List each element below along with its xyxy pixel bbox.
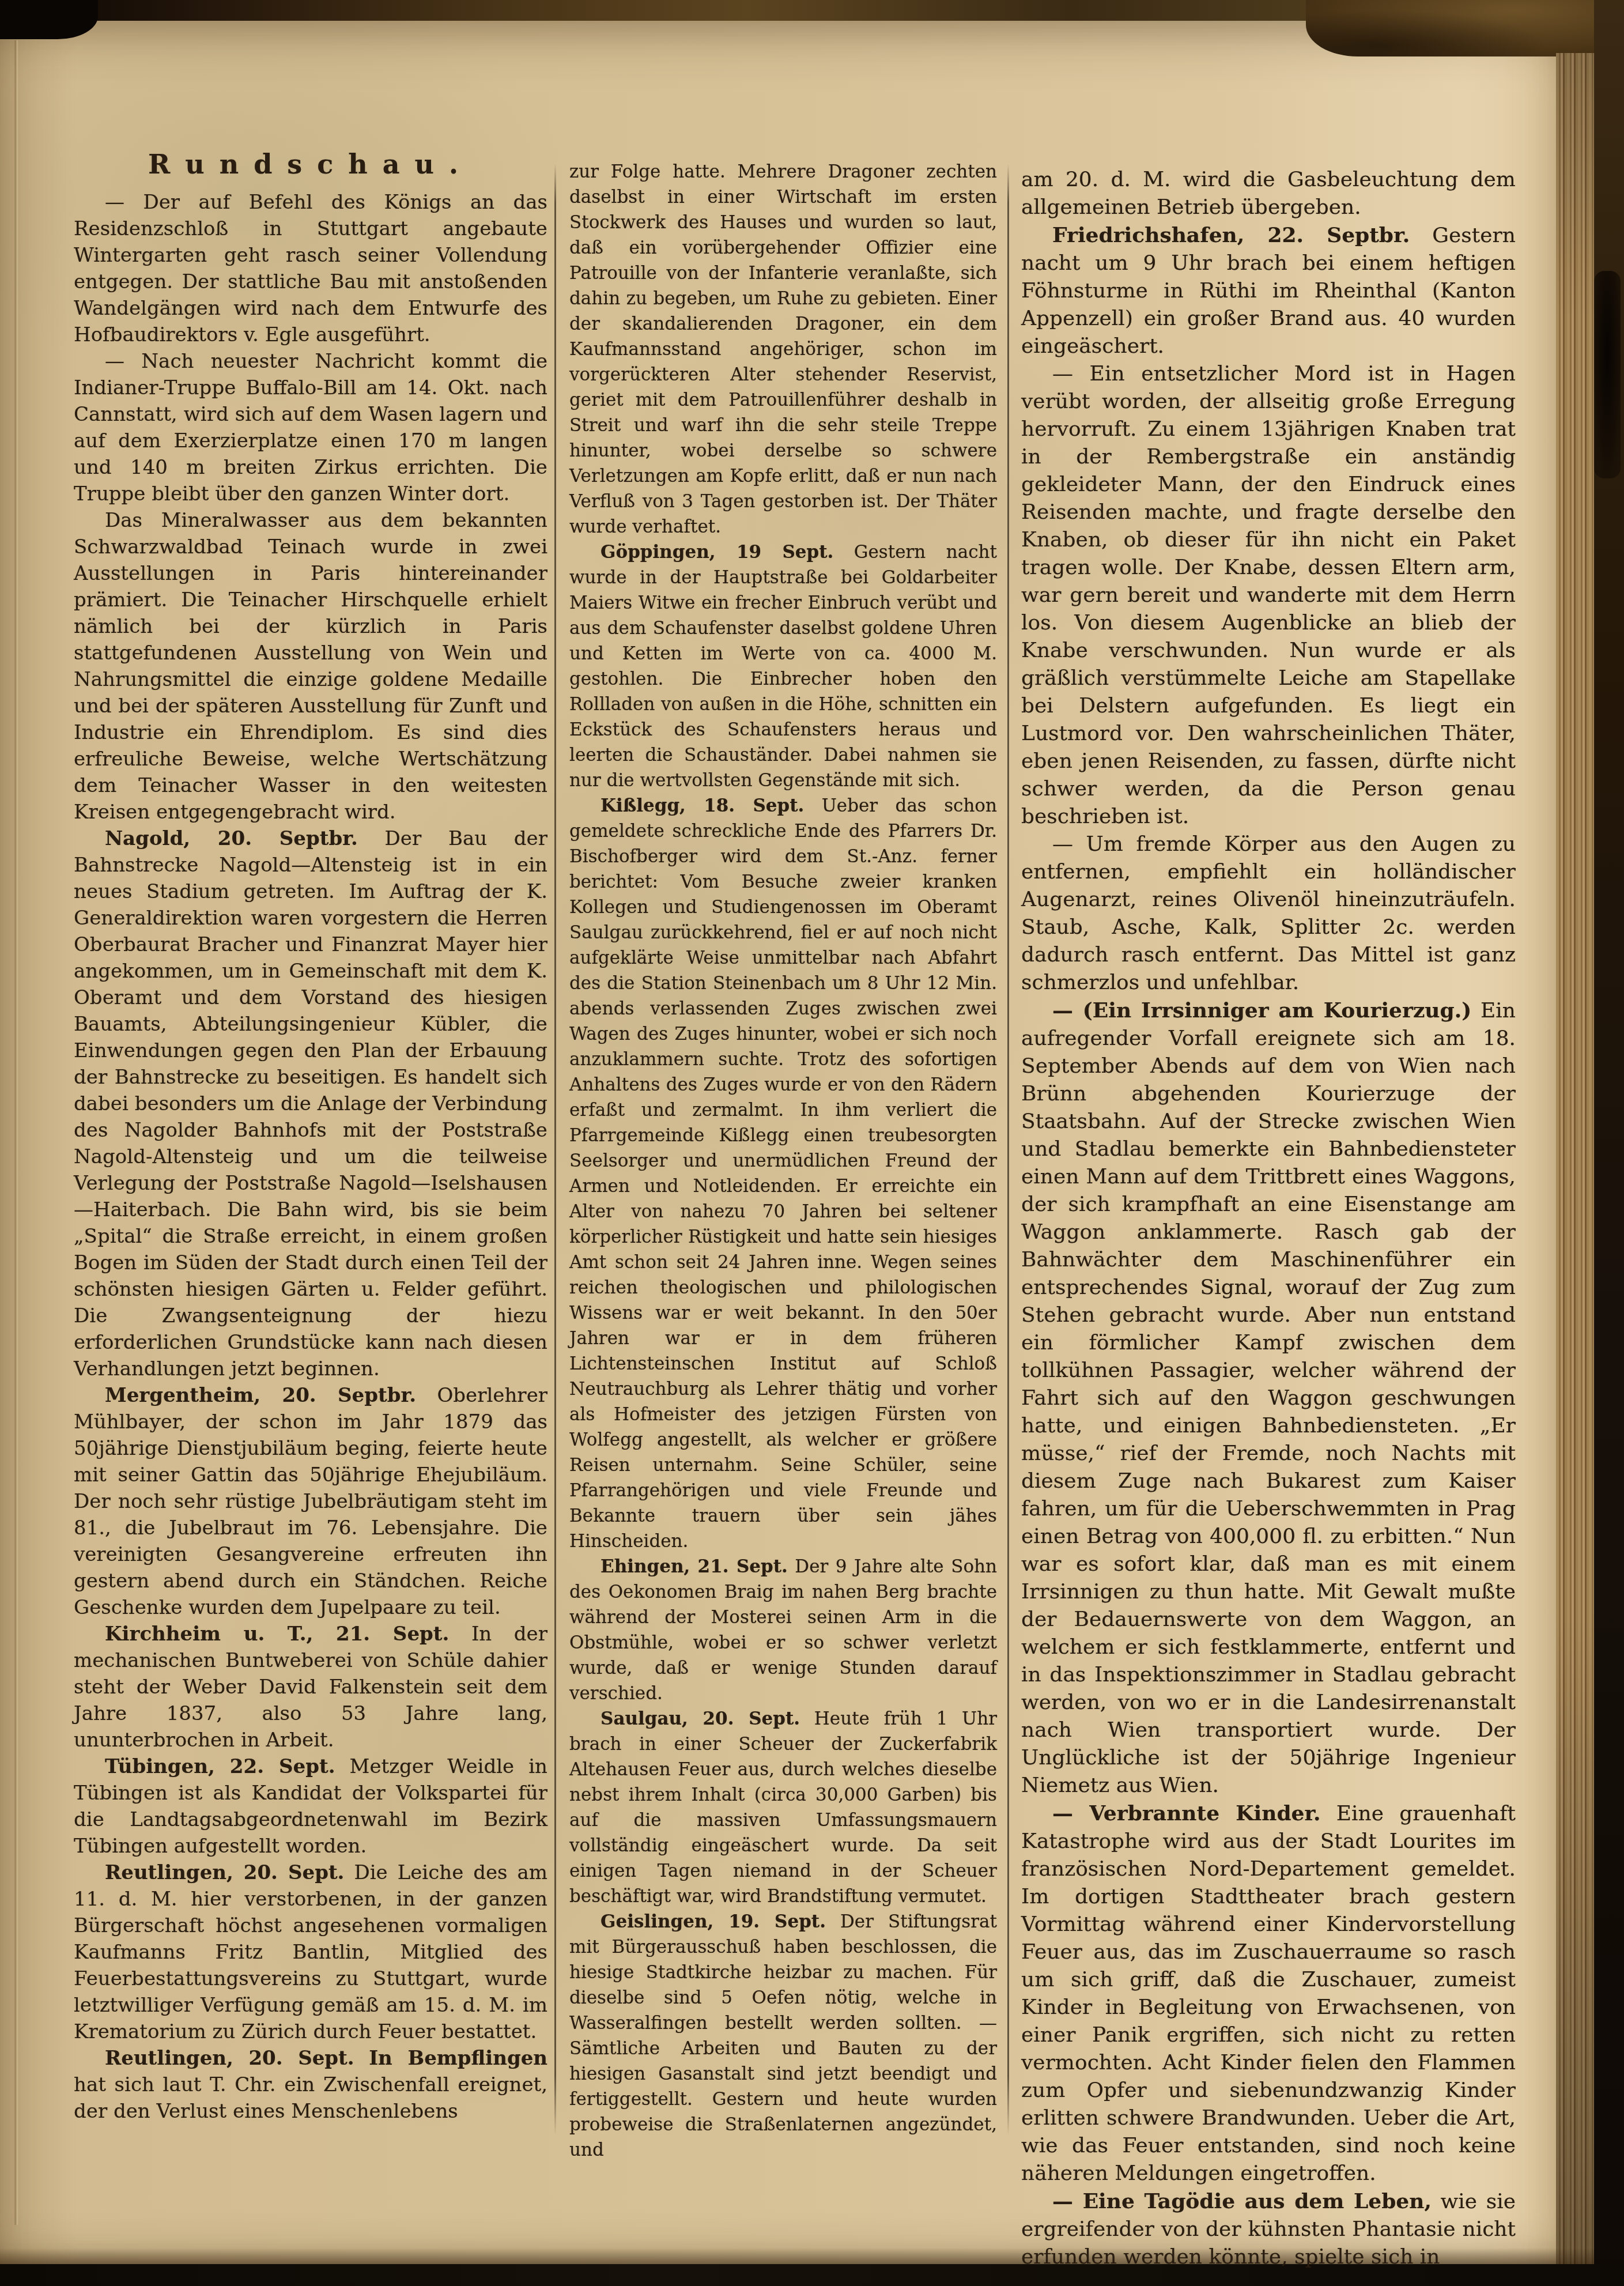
column-right: am 20. d. M. wird die Gasbeleuchtung dem… (1021, 166, 1516, 2271)
news-item: Kirchheim u. T., 21. Sept. In der mechan… (74, 1621, 547, 1753)
item-text: — Nach neuester Nachricht kommt die Indi… (74, 350, 547, 506)
item-text: — Um fremde Körper aus den Augen zu entf… (1021, 832, 1516, 994)
news-item: Tübingen, 22. Sept. Metzger Weidle in Tü… (74, 1753, 547, 1859)
column-left: Rundschau. — Der auf Befehl des Königs a… (74, 151, 547, 2125)
item-text: Die Leiche des am 11. d. M. hier verstor… (74, 1861, 547, 2043)
news-item: Nagold, 20. Septbr. Der Bau der Bahnstre… (74, 825, 547, 1382)
item-text: Ueber das schon gemeldete schreckliche E… (569, 795, 997, 1552)
dateline: Reutlingen, 20. Sept. (105, 1861, 344, 1884)
book-right-cover (1594, 0, 1624, 2286)
item-text: Der Bau der Bahnstrecke Nagold—Altenstei… (74, 827, 547, 1380)
item-headline: — Verbrannte Kinder. (1052, 1801, 1321, 1825)
item-text: zur Folge hatte. Mehrere Dragoner zechte… (569, 161, 997, 537)
news-item: — Eine Tagödie aus dem Leben, wie sie er… (1021, 2187, 1516, 2271)
cover-wear-patch (1594, 271, 1621, 478)
news-item: Ehingen, 21. Sept. Der 9 Jahre alte Sohn… (569, 1554, 997, 1706)
dateline: Mergentheim, 20. Septbr. (105, 1384, 416, 1407)
news-item: — Verbrannte Kinder. Eine grauenhaft Kat… (1021, 1800, 1516, 2187)
news-item: — Der auf Befehl des Königs an das Resid… (74, 189, 547, 348)
page-block-edges (1556, 53, 1594, 2286)
news-item: Das Mineralwasser aus dem bekannten Schw… (74, 507, 547, 825)
item-text: Gestern nacht wurde in der Hauptstraße b… (569, 542, 997, 791)
news-item: — Um fremde Körper aus den Augen zu entf… (1021, 831, 1516, 997)
column-rule-left (554, 164, 556, 2135)
news-item-continuation: am 20. d. M. wird die Gasbeleuchtung dem… (1021, 166, 1516, 221)
dateline: Kirchheim u. T., 21. Sept. (105, 1623, 449, 1646)
place-emphasis: In Bempflingen (369, 2047, 547, 2070)
item-text: Eine grauenhaft Katastrophe wird aus der… (1021, 1802, 1516, 2185)
item-text: Der 9 Jahre alte Sohn des Oekonomen Brai… (569, 1556, 997, 1704)
dateline: Ehingen, 21. Sept. (600, 1556, 788, 1577)
item-text: hat sich laut T. Chr. ein Zwischenfall e… (74, 2073, 547, 2123)
column-rule-right (1007, 164, 1009, 2135)
dateline: Göppingen, 19 Sept. (600, 542, 833, 563)
dateline: Friedrichshafen, 22. Septbr. (1052, 223, 1410, 247)
news-item: Mergentheim, 20. Septbr. Oberlehrer Mühl… (74, 1382, 547, 1621)
item-text: Der Stiftungsrat mit Bürgerausschuß habe… (569, 1911, 997, 2160)
news-item: Friedrichshafen, 22. Septbr. Gestern nac… (1021, 221, 1516, 360)
dateline: Nagold, 20. Septbr. (105, 827, 358, 850)
item-text: Ein aufregender Vorfall ereignete sich a… (1021, 999, 1516, 1797)
paper-crease (14, 40, 18, 2225)
news-item: — (Ein Irrsinniger am Kourierzug.) Ein a… (1021, 997, 1516, 1800)
dateline: Geislingen, 19. Sept. (600, 1911, 826, 1932)
item-text: Oberlehrer Mühlbayer, der schon im Jahr … (74, 1384, 547, 1619)
item-headline: — Eine Tagödie aus dem Leben, (1052, 2189, 1432, 2213)
item-text: am 20. d. M. wird die Gasbeleuchtung dem… (1021, 168, 1516, 219)
news-item: — Nach neuester Nachricht kommt die Indi… (74, 348, 547, 507)
news-item-continuation: zur Folge hatte. Mehrere Dragoner zechte… (569, 159, 997, 540)
item-headline: — (Ein Irrsinniger am Kourierzug.) (1052, 998, 1471, 1023)
dateline: Saulgau, 20. Sept. (600, 1708, 800, 1729)
column-middle: zur Folge hatte. Mehrere Dragoner zechte… (569, 159, 997, 2163)
book-corner-top-left (0, 0, 98, 39)
item-text: — Der auf Befehl des Königs an das Resid… (74, 191, 547, 346)
dateline: Kißlegg, 18. Sept. (600, 795, 804, 816)
rubric-title: Rundschau. (74, 151, 547, 178)
news-item: Kißlegg, 18. Sept. Ueber das schon gemel… (569, 793, 997, 1554)
news-item: Reutlingen, 20. Sept. Die Leiche des am … (74, 1859, 547, 2045)
item-text: Das Mineralwasser aus dem bekannten Schw… (74, 509, 547, 824)
item-text: — Ein entsetzlicher Mord ist in Hagen ve… (1021, 362, 1516, 828)
news-item: Geislingen, 19. Sept. Der Stiftungsrat m… (569, 1909, 997, 2163)
news-item: Saulgau, 20. Sept. Heute früh 1 Uhr brac… (569, 1706, 997, 1909)
scanned-newspaper-page: Rundschau. — Der auf Befehl des Königs a… (0, 0, 1624, 2286)
item-text: Heute früh 1 Uhr brach in einer Scheuer … (569, 1708, 997, 1907)
news-item: Göppingen, 19 Sept. Gestern nacht wurde … (569, 540, 997, 793)
dateline: Reutlingen, 20. Sept. (105, 2047, 354, 2070)
dateline: Tübingen, 22. Sept. (105, 1755, 335, 1778)
book-corner-top-right (1306, 0, 1594, 56)
news-item: Reutlingen, 20. Sept. In Bempflingen hat… (74, 2045, 547, 2125)
news-item: — Ein entsetzlicher Mord ist in Hagen ve… (1021, 360, 1516, 831)
